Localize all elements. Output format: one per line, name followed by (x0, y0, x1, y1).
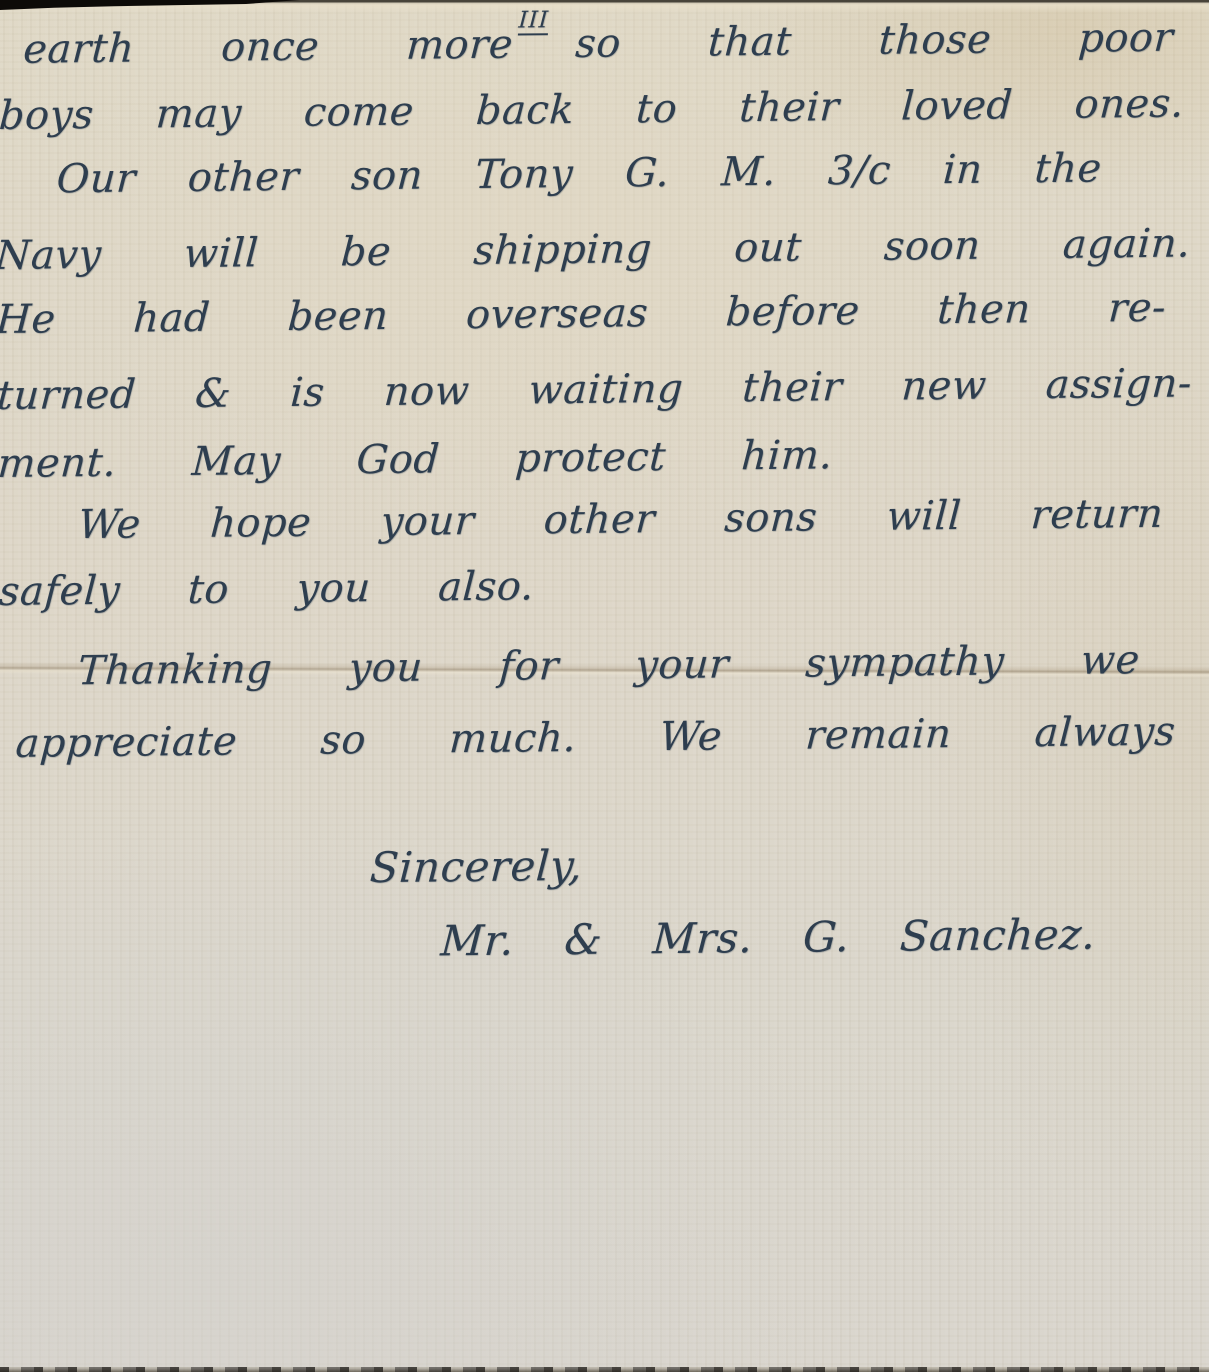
letter-line: earth once moreIIIso that those poor (22, 8, 1176, 80)
letter-page: earth once moreIIIso that those poor boy… (0, 0, 1209, 1372)
page-number-marker: III (518, 9, 550, 35)
letter-line: turned & is now waiting their new assign… (0, 353, 1194, 426)
signature-line: Mr. & Mrs. G. Sanchez. (439, 905, 1098, 972)
letter-line: Thanking you for your sympathy we (76, 630, 1142, 701)
letter-body: earth once moreIIIso that those poor boy… (0, 0, 1209, 1372)
closing-line: Sincerely, (368, 835, 672, 898)
letter-line: appreciate so much. We remain always (14, 702, 1178, 774)
letter-line: He had been overseas before then re- (0, 278, 1168, 350)
letter-line-text: so that those poor (574, 15, 1175, 67)
letter-line: We hope your other sons will return (77, 484, 1166, 555)
letter-line: safely to you also. (0, 556, 536, 622)
letter-line-text: earth once more (22, 22, 514, 73)
letter-line: Navy will be shipping out soon again. (0, 213, 1192, 286)
letter-line: ment. May God protect him. (0, 425, 834, 494)
letter-line: boys may come back to their loved ones. (0, 74, 1186, 146)
letter-line: Our other son Tony G. M. 3/c in the (55, 138, 1104, 209)
